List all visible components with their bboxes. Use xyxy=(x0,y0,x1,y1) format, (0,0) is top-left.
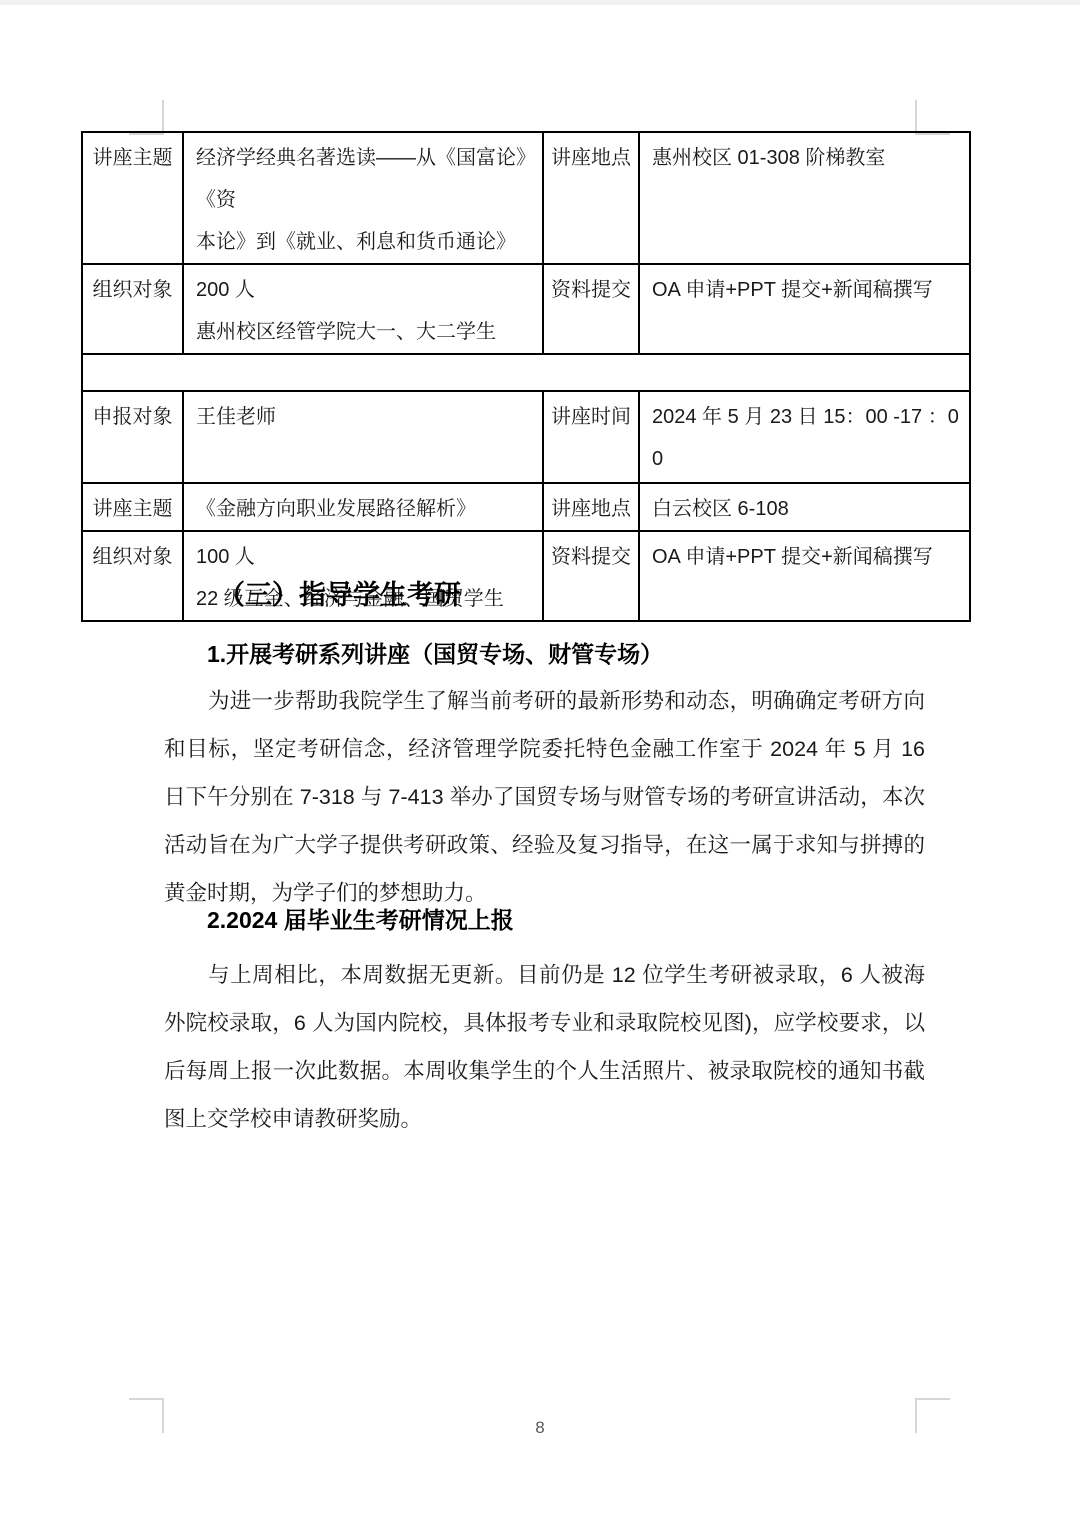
lecture-info-table: 讲座主题 经济学经典名著选读——从《国富论》《资 本论》到《就业、利息和货币通论… xyxy=(81,131,971,622)
table-row: 组织对象 200 人 惠州校区经管学院大一、大二学生 资料提交 OA 申请+PP… xyxy=(82,264,970,354)
cell-label-applicant: 申报对象 xyxy=(82,391,183,483)
sub-heading-2: 2.2024 届毕业生考研情况上报 xyxy=(164,897,925,943)
page-top-edge xyxy=(0,0,1080,5)
table-row: 讲座主题 经济学经典名著选读——从《国富论》《资 本论》到《就业、利息和货币通论… xyxy=(82,132,970,264)
table-row: 讲座主题 《金融方向职业发展路径解析》 讲座地点 白云校区 6-108 xyxy=(82,483,970,531)
page-number: 8 xyxy=(0,1416,1080,1440)
cell-label-lecture-place: 讲座地点 xyxy=(543,483,639,531)
cell-line: 0 xyxy=(652,438,959,480)
table-row-empty xyxy=(82,354,970,391)
cell-value-lecture-topic: 《金融方向职业发展路径解析》 xyxy=(183,483,543,531)
cell-line: 本论》到《就业、利息和货币通论》 xyxy=(196,221,532,263)
cell-value-applicant: 王佳老师 xyxy=(183,391,543,483)
cell-line: 经济学经典名著选读——从《国富论》《资 xyxy=(196,137,532,221)
table-row: 申报对象 王佳老师 讲座时间 2024 年 5 月 23 日 15：00 -17… xyxy=(82,391,970,483)
section-heading: （三）指导学生考研 xyxy=(164,573,925,617)
cell-value-audience: 200 人 惠州校区经管学院大一、大二学生 xyxy=(183,264,543,354)
cell-label-lecture-time: 讲座时间 xyxy=(543,391,639,483)
cell-label-lecture-topic: 讲座主题 xyxy=(82,483,183,531)
paragraph-1: 为进一步帮助我院学生了解当前考研的最新形势和动态，明确确定考研方向和目标，坚定考… xyxy=(164,677,925,917)
margin-mark-top-right-icon xyxy=(915,100,950,135)
cell-line: 2024 年 5 月 23 日 15：00 -17 ：0 xyxy=(652,396,959,438)
cell-label-audience: 组织对象 xyxy=(82,264,183,354)
paragraph-2: 与上周相比，本周数据无更新。目前仍是 12 位学生考研被录取，6 人被海外院校录… xyxy=(164,951,925,1143)
cell-value-lecture-time: 2024 年 5 月 23 日 15：00 -17 ：0 0 xyxy=(639,391,970,483)
cell-label-lecture-topic: 讲座主题 xyxy=(82,132,183,264)
sub-heading-1: 1.开展考研系列讲座（国贸专场、财管专场） xyxy=(164,631,925,677)
cell-line: 200 人 xyxy=(196,269,532,311)
margin-mark-top-left-icon xyxy=(129,100,164,135)
cell-value-lecture-place: 白云校区 6-108 xyxy=(639,483,970,531)
cell-empty xyxy=(82,354,970,391)
cell-label-materials: 资料提交 xyxy=(543,264,639,354)
document-page: 讲座主题 经济学经典名著选读——从《国富论》《资 本论》到《就业、利息和货币通论… xyxy=(0,0,1080,1533)
cell-value-lecture-topic: 经济学经典名著选读——从《国富论》《资 本论》到《就业、利息和货币通论》 xyxy=(183,132,543,264)
cell-value-lecture-place: 惠州校区 01-308 阶梯教室 xyxy=(639,132,970,264)
cell-label-lecture-place: 讲座地点 xyxy=(543,132,639,264)
cell-line: 100 人 xyxy=(196,536,532,578)
cell-line: 惠州校区经管学院大一、大二学生 xyxy=(196,311,532,353)
cell-value-materials: OA 申请+PPT 提交+新闻稿撰写 xyxy=(639,264,970,354)
